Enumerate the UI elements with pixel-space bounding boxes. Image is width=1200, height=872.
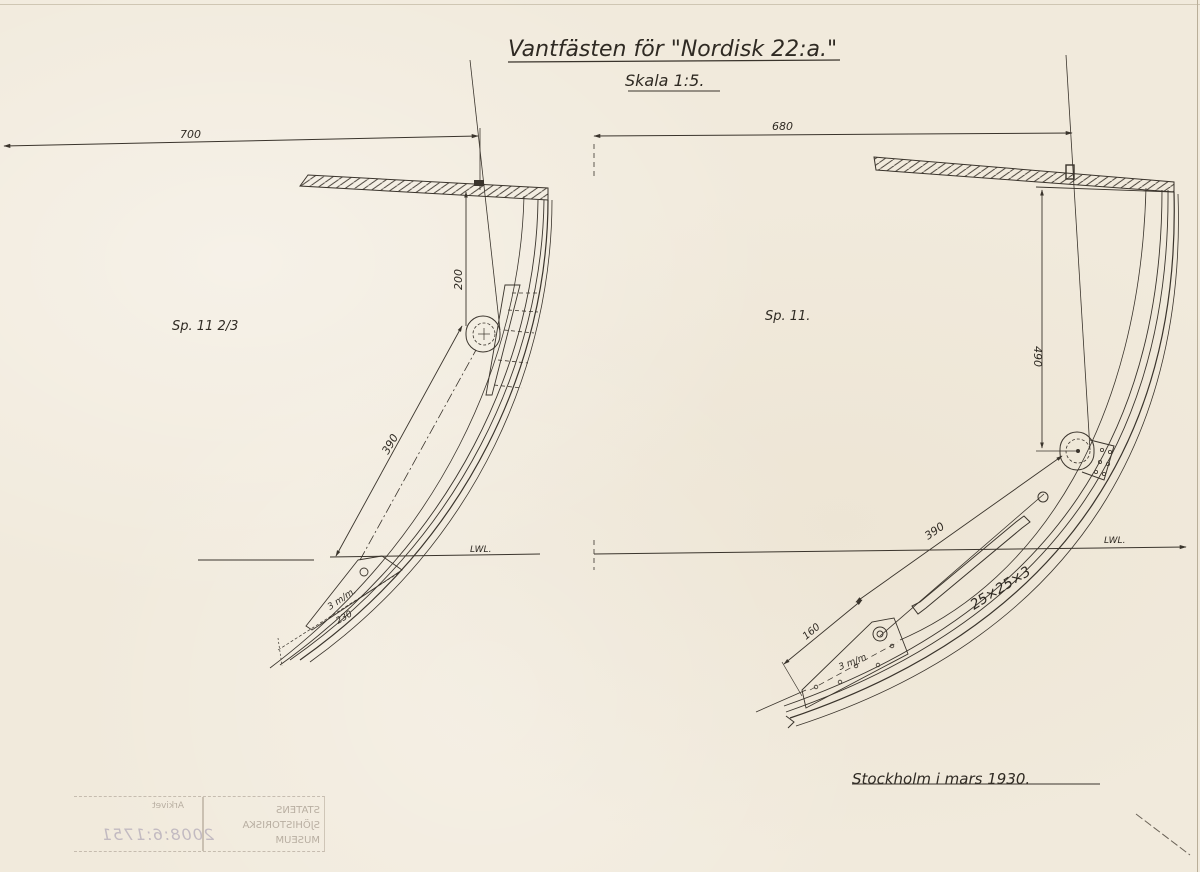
left-dim-vertical: 200	[452, 269, 465, 290]
right-dim-diagonal: 390	[922, 520, 947, 543]
left-dim-diagonal: 390	[379, 432, 401, 457]
stamp-line-3: MUSEUM	[202, 833, 320, 848]
right-section-label: Sp. 11.	[765, 309, 810, 324]
museum-stamp: STATENS SJÖHISTORISKA MUSEUM Arkivet 200…	[74, 796, 325, 852]
drawing-scale: Skala 1:5.	[625, 71, 704, 90]
right-section-view: 680 490	[594, 55, 1186, 728]
left-dim-horizontal: 700	[180, 128, 201, 141]
stamp-archive-label: Arkivet	[152, 801, 184, 811]
drawing-title: Vantfästen för "Nordisk 22:a."	[508, 37, 837, 62]
stamp-catalog-number: 2008:6:1751	[101, 825, 214, 844]
stamp-museum-name: STATENS SJÖHISTORISKA MUSEUM	[202, 803, 324, 848]
left-plate-thickness: 3 m/m.	[326, 586, 358, 612]
place-date-signature: Stockholm i mars 1930.	[852, 770, 1030, 788]
right-waterline-label: LWL.	[1104, 536, 1125, 546]
drawing-sheet: Vantfästen för "Nordisk 22:a." Skala 1:5…	[0, 0, 1200, 872]
right-plate-thickness: 3 m/m	[837, 653, 868, 673]
right-dim-horizontal: 680	[772, 120, 793, 133]
title-block: Vantfästen för "Nordisk 22:a." Skala 1:5…	[508, 37, 840, 91]
right-dim-vertical: 490	[1031, 346, 1044, 367]
right-dim-plate-length: 160	[801, 622, 823, 643]
left-section-label: Sp. 11 2/3	[172, 319, 238, 334]
stamp-line-2: SJÖHISTORISKA	[202, 818, 320, 833]
left-section-view: 700	[4, 60, 552, 668]
stamp-line-1: STATENS	[202, 803, 320, 818]
left-waterline-label: LWL.	[470, 545, 491, 555]
technical-drawing: Vantfästen för "Nordisk 22:a." Skala 1:5…	[0, 0, 1200, 872]
